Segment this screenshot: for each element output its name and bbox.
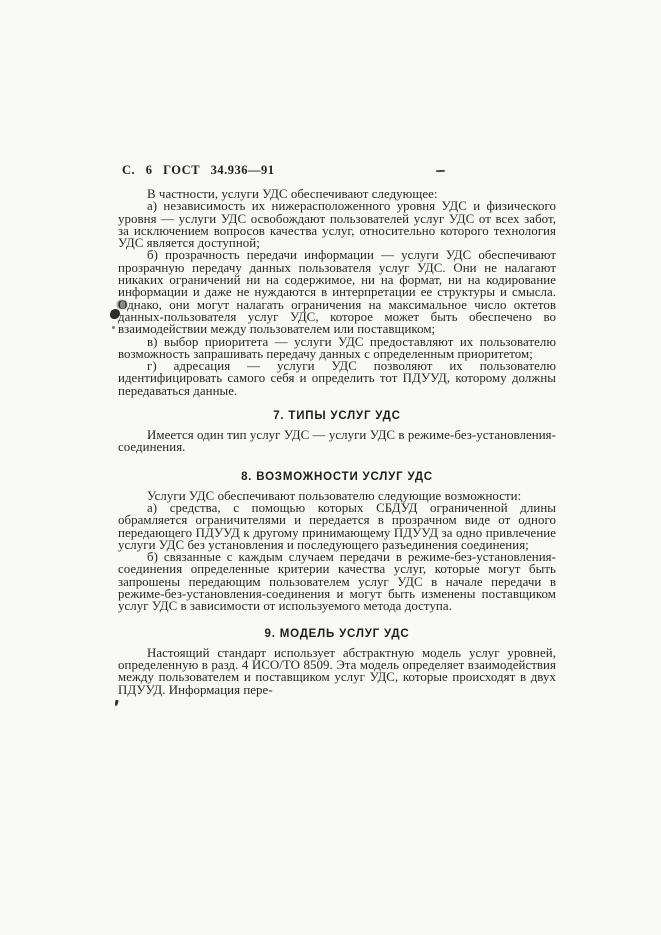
scan-comma-artifact <box>114 700 118 706</box>
page-header: С. 6 ГОСТ 34.936—91 <box>122 163 275 178</box>
section-7-heading: 7. ТИПЫ УСЛУГ УДС <box>118 410 556 422</box>
paragraph-item-g: г) адресация — услуги УДС позволяют их п… <box>118 360 556 397</box>
paragraph-item-b: б) прозрачность передачи информации — ус… <box>118 249 556 335</box>
scan-speck-artifact <box>112 326 115 329</box>
paragraph-section-8-item-a: а) средства, с помощью которых СБДУД огр… <box>118 502 556 551</box>
paragraph-section-7: Имеется один тип услуг УДС — услуги УДС … <box>118 429 556 454</box>
paragraph-section-9: Настоящий стандарт использует абстрактну… <box>118 647 556 696</box>
section-8-heading: 8. ВОЗМОЖНОСТИ УСЛУГ УДС <box>118 471 556 483</box>
document-content: В частности, услуги УДС обеспечивают сле… <box>118 188 556 696</box>
section-9-heading: 9. МОДЕЛЬ УСЛУГ УДС <box>118 628 556 640</box>
scan-dash-artifact <box>436 170 445 173</box>
paragraph-item-v: в) выбор приоритета — услуги УДС предост… <box>118 336 556 361</box>
paragraph-item-a: а) независимость их нижерасположенного у… <box>118 200 556 249</box>
paragraph-section-8-item-b: б) связанные с каждым случаем передачи в… <box>118 551 556 612</box>
scanned-document-page: С. 6 ГОСТ 34.936—91 В частности, услуги … <box>0 0 661 935</box>
